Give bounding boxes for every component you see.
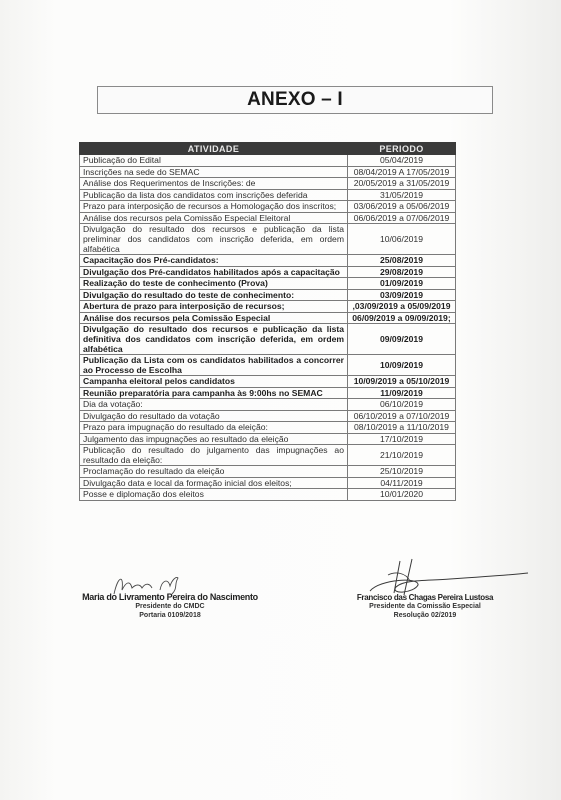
period-cell: 05/04/2019 bbox=[348, 155, 456, 167]
activity-cell: Prazo para interposição de recursos a Ho… bbox=[80, 201, 348, 213]
table-row: Prazo para impugnação do resultado da el… bbox=[80, 422, 456, 434]
signature-right-role: Presidente da Comissão Especial bbox=[340, 603, 510, 610]
table-row: Capacitação dos Pré-candidatos:25/08/201… bbox=[80, 255, 456, 267]
table-row: Proclamação do resultado da eleição25/10… bbox=[80, 466, 456, 478]
table-row: Divulgação do resultado do teste de conh… bbox=[80, 289, 456, 301]
table-row: Divulgação do resultado dos recursos e p… bbox=[80, 224, 456, 255]
activity-cell: Campanha eleitoral pelos candidatos bbox=[80, 376, 348, 388]
activity-cell: Proclamação do resultado da eleição bbox=[80, 466, 348, 478]
activity-cell: Divulgação do resultado do teste de conh… bbox=[80, 289, 348, 301]
table-row: Reunião preparatória para campanha às 9:… bbox=[80, 387, 456, 399]
table-row: Publicação da lista dos candidatos com i… bbox=[80, 189, 456, 201]
activity-cell: Publicação do Edital bbox=[80, 155, 348, 167]
period-cell: 20/05/2019 a 31/05/2019 bbox=[348, 178, 456, 190]
activity-cell: Posse e diplomação dos eleitos bbox=[80, 489, 348, 501]
activity-cell: Publicação da lista dos candidatos com i… bbox=[80, 189, 348, 201]
table-row: Divulgação do resultado da votação06/10/… bbox=[80, 410, 456, 422]
table-row: Realização do teste de conhecimento (Pro… bbox=[80, 278, 456, 290]
table-row: Divulgação data e local da formação inic… bbox=[80, 477, 456, 489]
period-cell: 25/10/2019 bbox=[348, 466, 456, 478]
activity-cell: Análise dos recursos pela Comissão Espec… bbox=[80, 312, 348, 324]
period-cell: 10/09/2019 a 05/10/2019 bbox=[348, 376, 456, 388]
activity-cell: Divulgação dos Pré-candidatos habilitado… bbox=[80, 266, 348, 278]
signature-left: Maria do Livramento Pereira do Nasciment… bbox=[70, 592, 270, 619]
table-row: Publicação do Edital05/04/2019 bbox=[80, 155, 456, 167]
signature-right: Francisco das Chagas Pereira Lustosa Pre… bbox=[340, 593, 510, 619]
activity-cell: Inscrições na sede do SEMAC bbox=[80, 166, 348, 178]
period-cell: 09/09/2019 bbox=[348, 324, 456, 355]
period-cell: 06/10/2019 bbox=[348, 399, 456, 411]
table-row: Análise dos recursos pela Comissão Espec… bbox=[80, 312, 456, 324]
activity-cell: Publicação da Lista com os candidatos ha… bbox=[80, 355, 348, 376]
activity-cell: Capacitação dos Pré-candidatos: bbox=[80, 255, 348, 267]
period-cell: 04/11/2019 bbox=[348, 477, 456, 489]
activity-cell: Dia da votação: bbox=[80, 399, 348, 411]
period-cell: 10/01/2020 bbox=[348, 489, 456, 501]
period-cell: ,03/09/2019 a 05/09/2019 bbox=[348, 301, 456, 313]
signature-left-name: Maria do Livramento Pereira do Nasciment… bbox=[70, 592, 270, 602]
period-cell: 08/04/2019 A 17/05/2019 bbox=[348, 166, 456, 178]
table-row: Publicação da Lista com os candidatos ha… bbox=[80, 355, 456, 376]
period-cell: 03/09/2019 bbox=[348, 289, 456, 301]
activity-cell: Divulgação do resultado dos recursos e p… bbox=[80, 324, 348, 355]
activity-cell: Abertura de prazo para interposição de r… bbox=[80, 301, 348, 313]
period-cell: 08/10/2019 a 11/10/2019 bbox=[348, 422, 456, 434]
activity-cell: Divulgação do resultado dos recursos e p… bbox=[80, 224, 348, 255]
activity-cell: Julgamento das impugnações ao resultado … bbox=[80, 433, 348, 445]
activity-cell: Reunião preparatória para campanha às 9:… bbox=[80, 387, 348, 399]
activity-cell: Realização do teste de conhecimento (Pro… bbox=[80, 278, 348, 290]
schedule-table: ATIVIDADE PERIODO Publicação do Edital05… bbox=[79, 142, 456, 501]
period-cell: 11/09/2019 bbox=[348, 387, 456, 399]
table-header-row: ATIVIDADE PERIODO bbox=[80, 143, 456, 155]
period-cell: 21/10/2019 bbox=[348, 445, 456, 466]
header-period: PERIODO bbox=[348, 143, 456, 155]
period-cell: 10/06/2019 bbox=[348, 224, 456, 255]
table-row: Divulgação do resultado dos recursos e p… bbox=[80, 324, 456, 355]
table-row: Inscrições na sede do SEMAC08/04/2019 A … bbox=[80, 166, 456, 178]
activity-cell: Publicação do resultado do julgamento da… bbox=[80, 445, 348, 466]
table-row: Prazo para interposição de recursos a Ho… bbox=[80, 201, 456, 213]
table-row: Análise dos Requerimentos de Inscrições:… bbox=[80, 178, 456, 190]
document-title: ANEXO – I bbox=[247, 89, 343, 111]
activity-cell: Divulgação data e local da formação inic… bbox=[80, 477, 348, 489]
period-cell: 06/09/2019 a 09/09/2019; bbox=[348, 312, 456, 324]
signature-right-reference: Resolução 02/2019 bbox=[340, 612, 510, 619]
period-cell: 01/09/2019 bbox=[348, 278, 456, 290]
period-cell: 31/05/2019 bbox=[348, 189, 456, 201]
table-row: Julgamento das impugnações ao resultado … bbox=[80, 433, 456, 445]
period-cell: 06/10/2019 a 07/10/2019 bbox=[348, 410, 456, 422]
table-row: Análise dos recursos pela Comissão Espec… bbox=[80, 212, 456, 224]
period-cell: 17/10/2019 bbox=[348, 433, 456, 445]
activity-cell: Divulgação do resultado da votação bbox=[80, 410, 348, 422]
period-cell: 03/06/2019 a 05/06/2019 bbox=[348, 201, 456, 213]
table-row: Campanha eleitoral pelos candidatos10/09… bbox=[80, 376, 456, 388]
title-box: ANEXO – I bbox=[97, 86, 493, 114]
table-row: Abertura de prazo para interposição de r… bbox=[80, 301, 456, 313]
period-cell: 10/09/2019 bbox=[348, 355, 456, 376]
activity-cell: Análise dos Requerimentos de Inscrições:… bbox=[80, 178, 348, 190]
table-row: Dia da votação:06/10/2019 bbox=[80, 399, 456, 411]
schedule-body: Publicação do Edital05/04/2019Inscrições… bbox=[80, 155, 456, 501]
header-activity: ATIVIDADE bbox=[80, 143, 348, 155]
table-row: Publicação do resultado do julgamento da… bbox=[80, 445, 456, 466]
signature-left-role: Presidente do CMDC bbox=[70, 603, 270, 610]
period-cell: 06/06/2019 a 07/06/2019 bbox=[348, 212, 456, 224]
period-cell: 29/08/2019 bbox=[348, 266, 456, 278]
activity-cell: Prazo para impugnação do resultado da el… bbox=[80, 422, 348, 434]
signature-right-name: Francisco das Chagas Pereira Lustosa bbox=[340, 593, 510, 602]
period-cell: 25/08/2019 bbox=[348, 255, 456, 267]
table-row: Posse e diplomação dos eleitos10/01/2020 bbox=[80, 489, 456, 501]
signature-left-reference: Portaria 0109/2018 bbox=[70, 612, 270, 619]
table-row: Divulgação dos Pré-candidatos habilitado… bbox=[80, 266, 456, 278]
activity-cell: Análise dos recursos pela Comissão Espec… bbox=[80, 212, 348, 224]
